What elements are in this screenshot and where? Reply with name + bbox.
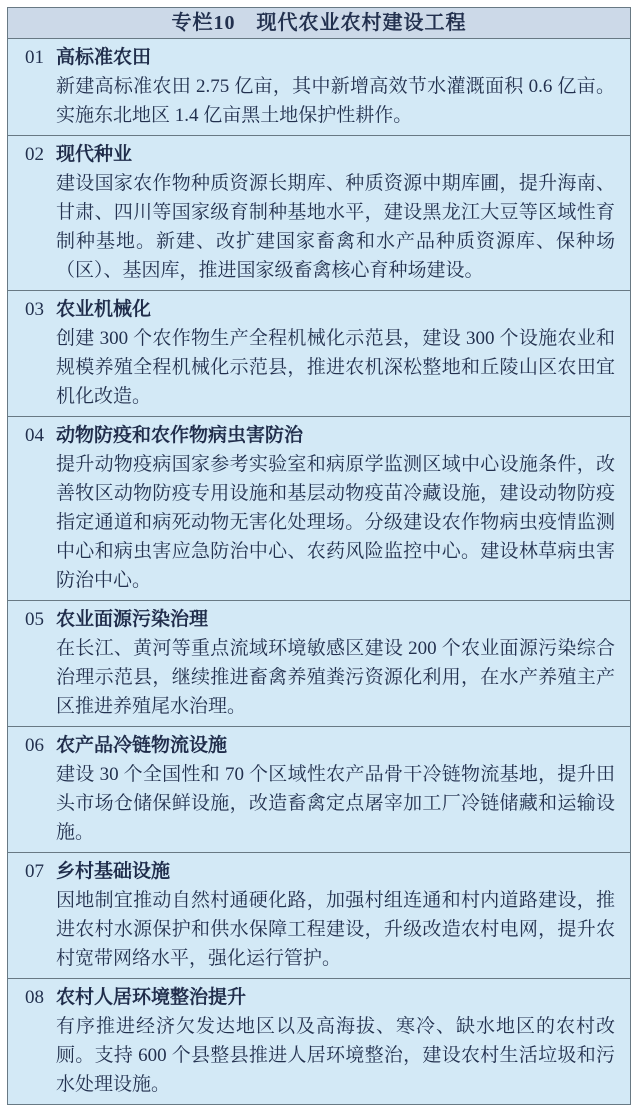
panel-row: 07 乡村基础设施 因地制宜推动自然村通硬化路，加强村组连通和村内道路建设，推进… xyxy=(8,852,630,923)
item-heading: 农产品冷链物流设施 xyxy=(56,731,615,760)
item-number: 04 xyxy=(25,421,55,450)
item-content: 现代种业 建设国家农作物种质资源长期库、种质资源中期库圃，提升海南、甘肃、四川等… xyxy=(56,140,615,285)
item-content: 乡村基础设施 因地制宜推动自然村通硬化路，加强村组连通和村内道路建设，推进农村水… xyxy=(56,857,615,923)
item-heading: 农业面源污染治理 xyxy=(56,605,615,634)
panel-row: 04 动物防疫和农作物病虫害防治 提升动物疫病国家参考实验室和病原学监测区域中心… xyxy=(8,416,630,600)
panel-row: 06 农产品冷链物流设施 建设 30 个全国性和 70 个区域性农产品骨干冷链物… xyxy=(8,726,630,852)
item-content: 动物防疫和农作物病虫害防治 提升动物疫病国家参考实验室和病原学监测区域中心设施条… xyxy=(56,421,615,595)
item-heading: 现代种业 xyxy=(56,140,615,169)
item-content: 高标准农田 新建高标准农田 2.75 亿亩，其中新增高效节水灌溉面积 0.6 亿… xyxy=(56,43,615,130)
panel-row: 01 高标准农田 新建高标准农田 2.75 亿亩，其中新增高效节水灌溉面积 0.… xyxy=(8,39,630,135)
panel-rows: 01 高标准农田 新建高标准农田 2.75 亿亩，其中新增高效节水灌溉面积 0.… xyxy=(8,39,630,923)
item-body: 建设 30 个全国性和 70 个区域性农产品骨干冷链物流基地，提升田头市场仓储保… xyxy=(56,760,615,847)
item-number: 02 xyxy=(25,140,55,169)
item-content: 农业机械化 创建 300 个农作物生产全程机械化示范县，建设 300 个设施农业… xyxy=(56,295,615,411)
item-number: 01 xyxy=(25,43,55,72)
panel-row: 03 农业机械化 创建 300 个农作物生产全程机械化示范县，建设 300 个设… xyxy=(8,290,630,416)
item-body: 创建 300 个农作物生产全程机械化示范县，建设 300 个设施农业和规模养殖全… xyxy=(56,324,615,411)
panel-row: 05 农业面源污染治理 在长江、黄河等重点流域环境敏感区建设 200 个农业面源… xyxy=(8,600,630,726)
item-content: 农产品冷链物流设施 建设 30 个全国性和 70 个区域性农产品骨干冷链物流基地… xyxy=(56,731,615,847)
item-content: 农业面源污染治理 在长江、黄河等重点流域环境敏感区建设 200 个农业面源污染综… xyxy=(56,605,615,721)
infobox-panel: 专栏10 现代农业农村建设工程 01 高标准农田 新建高标准农田 2.75 亿亩… xyxy=(7,7,631,923)
item-number: 03 xyxy=(25,295,55,324)
item-heading: 农业机械化 xyxy=(56,295,615,324)
item-number: 05 xyxy=(25,605,55,634)
item-heading: 高标准农田 xyxy=(56,43,615,72)
panel-title: 专栏10 现代农业农村建设工程 xyxy=(8,8,630,39)
item-heading: 乡村基础设施 xyxy=(56,857,615,886)
item-body: 建设国家农作物种质资源长期库、种质资源中期库圃，提升海南、甘肃、四川等国家级育制… xyxy=(56,169,615,285)
item-body: 在长江、黄河等重点流域环境敏感区建设 200 个农业面源污染综合治理示范县，继续… xyxy=(56,634,615,721)
item-body: 因地制宜推动自然村通硬化路，加强村组连通和村内道路建设，推进农村水源保护和供水保… xyxy=(56,886,615,923)
item-number: 07 xyxy=(25,857,55,886)
item-heading: 动物防疫和农作物病虫害防治 xyxy=(56,421,615,450)
panel-row: 02 现代种业 建设国家农作物种质资源长期库、种质资源中期库圃，提升海南、甘肃、… xyxy=(8,135,630,290)
item-number: 06 xyxy=(25,731,55,760)
item-body: 提升动物疫病国家参考实验室和病原学监测区域中心设施条件，改善牧区动物防疫专用设施… xyxy=(56,450,615,595)
item-body: 新建高标准农田 2.75 亿亩，其中新增高效节水灌溉面积 0.6 亿亩。实施东北… xyxy=(56,72,615,130)
